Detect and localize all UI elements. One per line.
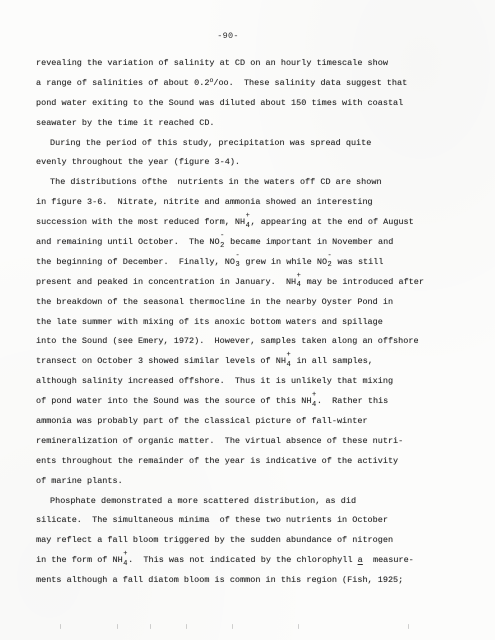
text-segment: in figure 3-6. Nitrate, nitrite and ammo… — [36, 197, 373, 207]
text-segment: grew in while NO — [240, 257, 327, 267]
scan-artifact-mark — [408, 624, 409, 629]
chem-subscript: 4 — [123, 561, 127, 568]
chem-script: +4 — [245, 216, 250, 224]
scan-artifact-mark — [186, 624, 187, 629]
text-line: ments although a fall diatom bloom is co… — [36, 571, 462, 591]
chem-subscript: 2 — [328, 262, 332, 269]
text-segment: . Rather this — [317, 396, 388, 406]
scan-artifact-mark — [117, 624, 118, 629]
text-line: Phosphate demonstrated a more scattered … — [36, 492, 462, 512]
text-line: succession with the most reduced form, N… — [36, 213, 462, 233]
text-segment: /oo. These salinity data suggest that — [213, 78, 407, 88]
text-segment: and remaining until October. The NO — [36, 237, 220, 247]
text-segment: in the form of NH — [36, 555, 123, 565]
chem-subscript: 4 — [246, 223, 250, 230]
chem-script: +4 — [286, 355, 291, 363]
text-segment: may reflect a fall bloom triggered by th… — [36, 535, 393, 545]
chem-subscript: 4 — [312, 402, 316, 409]
text-segment: measure- — [363, 555, 414, 565]
text-segment: present and peaked in concentration in J… — [36, 277, 296, 287]
chem-subscript: 2 — [220, 243, 224, 250]
text-line: of marine plants. — [36, 472, 462, 492]
text-segment: silicate. The simultaneous minima of the… — [36, 515, 388, 525]
chem-subscript: 3 — [235, 262, 239, 269]
text-segment: into the Sound (see Emery, 1972). Howeve… — [36, 336, 419, 346]
chem-script: +4 — [123, 554, 128, 562]
text-segment: . This was not indicated by the chloroph… — [128, 555, 358, 565]
text-segment: was still — [332, 257, 383, 267]
text-line: the beginning of December. Finally, NO-3… — [36, 253, 462, 273]
text-segment: of pond water into the Sound was the sou… — [36, 396, 311, 406]
text-line: ents throughout the remainder of the yea… — [36, 452, 462, 472]
text-line: The distributions ofthe nutrients in the… — [36, 173, 462, 193]
scan-artifact-mark — [150, 624, 151, 629]
text-segment: pond water exiting to the Sound was dilu… — [36, 98, 403, 108]
text-segment: transect on October 3 showed similar lev… — [36, 356, 286, 366]
page-content: -90- revealing the variation of salinity… — [36, 31, 462, 591]
text-segment: During the period of this study, precipi… — [50, 138, 371, 148]
text-line: evenly throughout the year (figure 3-4). — [36, 153, 462, 173]
text-line: into the Sound (see Emery, 1972). Howeve… — [36, 332, 462, 352]
text-line: seawater by the time it reached CD. — [36, 114, 462, 134]
chem-subscript: 4 — [297, 282, 301, 289]
chem-superscript: + — [286, 352, 290, 359]
chem-subscript: 4 — [286, 362, 290, 369]
text-line: a range of salinities of about 0.2o/oo. … — [36, 74, 462, 94]
scan-artifact-mark — [298, 624, 299, 629]
text-line: in figure 3-6. Nitrate, nitrite and ammo… — [36, 193, 462, 213]
text-segment: evenly throughout the year (figure 3-4). — [36, 157, 240, 167]
text-segment: ammonia was probably part of the classic… — [36, 416, 368, 426]
text-segment: although salinity increased offshore. Th… — [36, 376, 393, 386]
chem-superscript: - — [220, 233, 224, 240]
scan-artifact-mark — [232, 624, 233, 629]
text-line: During the period of this study, precipi… — [36, 134, 462, 154]
text-line: may reflect a fall bloom triggered by th… — [36, 531, 462, 551]
chem-superscript: + — [312, 392, 316, 399]
text-segment: in all samples, — [291, 356, 373, 366]
chem-script: -2 — [220, 236, 225, 244]
paragraph: Phosphate demonstrated a more scattered … — [36, 492, 462, 591]
text-line: although salinity increased offshore. Th… — [36, 372, 462, 392]
text-segment: the beginning of December. Finally, NO — [36, 257, 235, 267]
paragraph: The distributions ofthe nutrients in the… — [36, 173, 462, 491]
chem-script: -3 — [235, 256, 240, 264]
text-segment: Phosphate demonstrated a more scattered … — [50, 496, 356, 506]
chem-script: +4 — [311, 395, 316, 403]
text-segment: may be introduced after — [302, 277, 424, 287]
chem-superscript: - — [235, 253, 239, 260]
page-number: -90- — [36, 31, 420, 51]
text-line: remineralization of organic matter. The … — [36, 432, 462, 452]
chem-superscript: - — [328, 253, 332, 260]
text-segment: ments although a fall diatom bloom is co… — [36, 575, 403, 585]
text-line: the breakdown of the seasonal thermoclin… — [36, 293, 462, 313]
text-segment: the late summer with mixing of its anoxi… — [36, 317, 383, 327]
chem-script: +4 — [296, 276, 301, 284]
text-line: present and peaked in concentration in J… — [36, 273, 462, 293]
text-line: silicate. The simultaneous minima of the… — [36, 511, 462, 531]
text-line: and remaining until October. The NO-2 be… — [36, 233, 462, 253]
scan-artifact-mark — [60, 624, 61, 629]
paragraph: revealing the variation of salinity at C… — [36, 54, 462, 134]
text-line: revealing the variation of salinity at C… — [36, 54, 462, 74]
paragraph: During the period of this study, precipi… — [36, 134, 462, 174]
chem-script: -2 — [327, 256, 332, 264]
text-segment: ents throughout the remainder of the yea… — [36, 456, 398, 466]
text-line: transect on October 3 showed similar lev… — [36, 352, 462, 372]
text-segment: of marine plants. — [36, 476, 123, 486]
text-segment: seawater by the time it reached CD. — [36, 118, 215, 128]
superscript-text: o — [209, 77, 213, 84]
text-segment: succession with the most reduced form, N… — [36, 217, 245, 227]
text-segment: a range of salinities of about 0.2 — [36, 78, 209, 88]
text-segment: became important in November and — [225, 237, 393, 247]
text-segment: remineralization of organic matter. The … — [36, 436, 403, 446]
text-segment: , appearing at the end of August — [251, 217, 414, 227]
chem-superscript: + — [297, 273, 301, 280]
document-page: -90- revealing the variation of salinity… — [0, 0, 495, 640]
text-line: of pond water into the Sound was the sou… — [36, 392, 462, 412]
text-segment: the breakdown of the seasonal thermoclin… — [36, 297, 393, 307]
text-line: ammonia was probably part of the classic… — [36, 412, 462, 432]
chem-superscript: + — [123, 551, 127, 558]
text-line: in the form of NH+4. This was not indica… — [36, 551, 462, 571]
text-segment: revealing the variation of salinity at C… — [36, 58, 388, 68]
text-line: pond water exiting to the Sound was dilu… — [36, 94, 462, 114]
chem-superscript: + — [246, 213, 250, 220]
text-line: the late summer with mixing of its anoxi… — [36, 313, 462, 333]
text-body: revealing the variation of salinity at C… — [36, 54, 462, 591]
text-segment: The distributions ofthe nutrients in the… — [50, 177, 382, 187]
